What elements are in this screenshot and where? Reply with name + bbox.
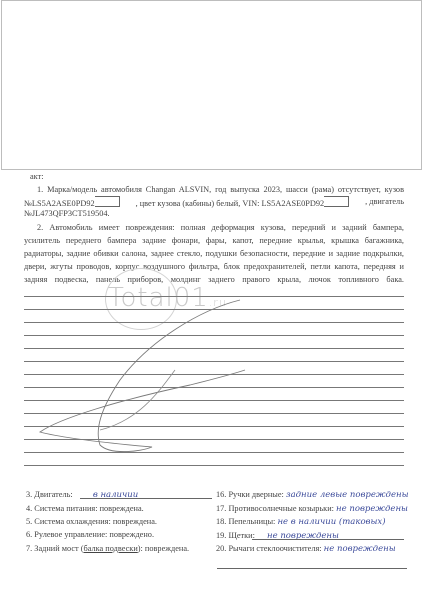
item-4-fuel-system: 4. Система питания: повреждена.	[26, 503, 144, 514]
redacted-header-box	[1, 0, 422, 170]
body-number: №LS5A2ASE0PD92	[24, 199, 95, 208]
item-16-door-handles: 16. Ручки дверные: задние левые поврежде…	[216, 489, 409, 501]
item-3-engine: 3. Двигатель: в наличии	[26, 489, 138, 501]
p2-line2: усилитель переднего бампера задние фонар…	[24, 235, 404, 246]
item-6-steering: 6. Рулевое управление: повреждено.	[26, 529, 154, 540]
blank-line	[24, 400, 404, 401]
blank-line	[24, 452, 404, 453]
p1-line1: 1. Марка/модель автомобиля Changan ALSVI…	[37, 184, 404, 195]
blank-line	[24, 322, 404, 323]
act-intro: акт:	[30, 171, 44, 182]
redacted-digits	[95, 196, 120, 207]
blank-line	[24, 361, 404, 362]
engine-label: , двигатель	[365, 196, 404, 209]
field-underline	[80, 498, 212, 499]
item-5-cooling-system: 5. Система охлаждения: повреждена.	[26, 516, 157, 527]
blank-line	[24, 413, 404, 414]
blank-line	[24, 426, 404, 427]
p2-line3: радиаторы, задние обивки салона, заднее …	[24, 248, 404, 259]
p1-line3: №JL473QFP3CT519504.	[24, 208, 110, 219]
item-19-wipers: 19. Щетки: не повреждены	[216, 530, 339, 542]
blank-line	[24, 296, 404, 297]
field-underline	[217, 568, 407, 569]
blank-line	[24, 309, 404, 310]
item-20-wiper-arms: 20. Рычаги стеклоочистителя: не поврежде…	[216, 543, 396, 555]
p2-line1: 2. Автомобиль имеет повреждения: полная …	[37, 222, 404, 233]
blank-line	[24, 374, 404, 375]
item-17-sun-visors: 17. Противосолнечные козырьки: не повреж…	[216, 503, 408, 515]
door-handles-value-handwritten: задние левые повреждены	[286, 490, 409, 500]
vin-text: , цвет кузова (кабины) белый, VIN: LS5A2…	[136, 199, 325, 208]
blank-line	[24, 465, 404, 466]
blank-line	[24, 348, 404, 349]
blank-line	[24, 387, 404, 388]
wiper-arms-value-handwritten: не повреждены	[324, 544, 396, 554]
redacted-digits	[324, 196, 349, 207]
item-18-ashtrays: 18. Пепельницы: не в наличии (таковых)	[216, 516, 386, 528]
sun-visors-value-handwritten: не повреждены	[336, 504, 408, 514]
ashtrays-value-handwritten: не в наличии (таковых)	[277, 517, 385, 527]
blank-line	[24, 335, 404, 336]
p2-line4: двери, жгуты проводов, корпус воздушного…	[24, 261, 404, 272]
blank-line	[24, 439, 404, 440]
field-underline	[252, 539, 404, 540]
item-7-rear-axle: 7. Задний мост (балка подвески): поврежд…	[26, 543, 189, 554]
